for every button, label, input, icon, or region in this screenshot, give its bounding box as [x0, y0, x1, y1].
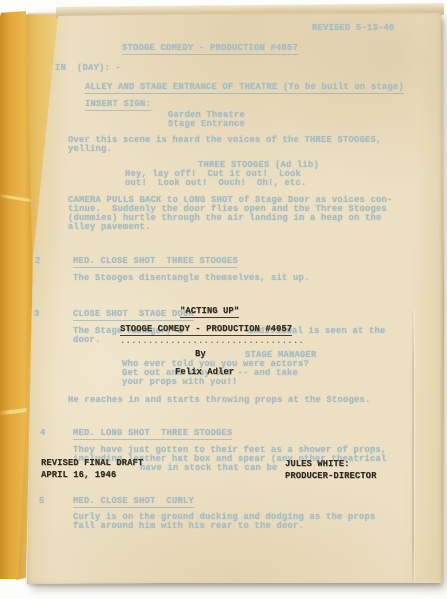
cover-typed-line: STOOGE COMEDY - PRODUCTION #4057	[120, 325, 292, 336]
cover-text-layer: "ACTING UP"STOOGE COMEDY - PRODUCTION #4…	[0, 0, 447, 599]
cover-typed-line: APRIL 16, 1946	[41, 471, 116, 480]
cover-typed-line: "ACTING UP"	[180, 307, 239, 318]
cover-typed-line: .................................	[120, 337, 304, 346]
cover-typed-line: PRODUCER-DIRECTOR	[285, 472, 376, 481]
cover-typed-line: REVISED FINAL DRAFT	[41, 459, 143, 468]
cover-typed-line: JULES WHITE:	[285, 460, 350, 469]
cover-typed-line: Felix Adler	[175, 368, 234, 377]
photographed-script-cover: REVISED 5-13-46STOOGE COMEDY - PRODUCTIO…	[0, 0, 447, 599]
cover-typed-line: By	[195, 350, 206, 359]
